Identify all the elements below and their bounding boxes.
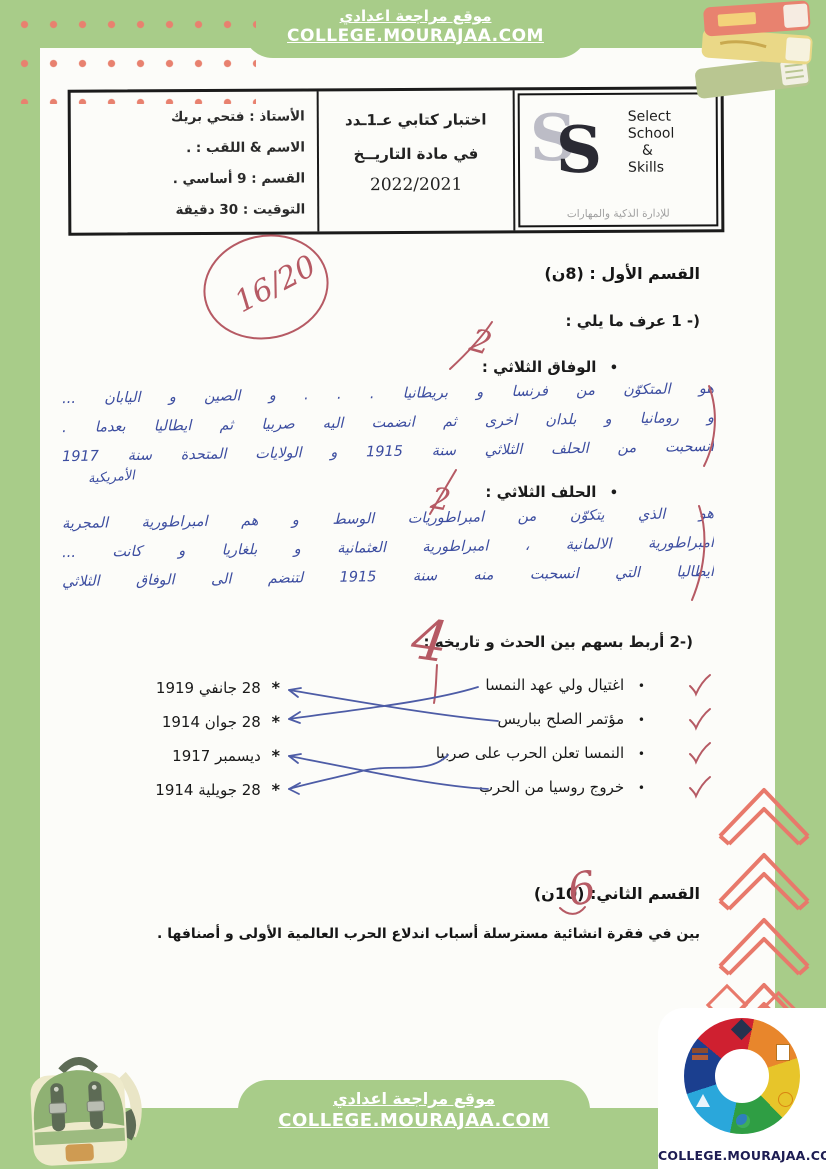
site-domain: COLLEGE.MOURAJAA.COM	[238, 1110, 590, 1131]
school-year: 2022/2021	[319, 174, 513, 195]
event-item: • اغتيال ولي عهد النمسا	[485, 676, 645, 694]
top-banner: موقع مراجعة اعدادي COLLEGE.MOURAJAA.COM	[243, 0, 588, 58]
corner-logo-box: COLLEGE.MOURAJAA.COM	[658, 1008, 826, 1169]
site-name-arabic: موقع مراجعة اعدادي	[238, 1089, 590, 1108]
student-name-line: الاسم & اللقب : .	[71, 132, 305, 164]
bullet-icon: •	[638, 713, 645, 727]
question2-label: 2-) أربط بسهم بين الحدث و تاريخه :	[424, 633, 693, 651]
asterisk-marker: *	[272, 712, 280, 731]
term-hilf: • الحلف الثلاثي :	[485, 483, 618, 501]
question1-label: 1 -) عرف ما يلي :	[565, 312, 700, 330]
exam-header-table: الأستاذ : فتحي بريك الاسم & اللقب : . ال…	[68, 86, 725, 235]
term-vofaq: • الوفاق الثلاثي :	[482, 358, 618, 376]
exam-title-line2: في مادة التاريــخ	[319, 136, 513, 171]
duration-line: التوقيت : 30 دقيقة	[71, 194, 305, 226]
chevron-up-icon	[720, 855, 808, 909]
polka-dots-pattern	[0, 0, 256, 104]
ss-logo-monogram-front: S	[556, 113, 603, 188]
exam-title-cell: اختبار كتابي عـ1ـدد في مادة التاريــخ 20…	[319, 90, 516, 231]
school-logo-frame: S S Select School & Skills للإدارة الذكي…	[518, 92, 719, 227]
chevron-up-icon	[720, 790, 808, 844]
books-stack-illustration	[686, 0, 826, 102]
site-name-arabic: موقع مراجعة اعدادي	[243, 7, 588, 25]
section1-title: القسم الأول : (8ن)	[544, 264, 700, 283]
bullet-icon: •	[638, 679, 645, 693]
bullet-icon: •	[610, 361, 618, 376]
atom-icon	[778, 1092, 793, 1107]
corner-logo-text: COLLEGE.MOURAJAA.COM	[658, 1148, 826, 1163]
exam-info-cell: الأستاذ : فتحي بريك الاسم & اللقب : . ال…	[71, 91, 320, 232]
asterisk-marker: *	[272, 678, 280, 697]
date-item: * 28 جوان 1914	[128, 712, 280, 731]
backpack-illustration	[6, 1036, 156, 1169]
globe-icon	[736, 1114, 750, 1128]
bottom-banner: موقع مراجعة اعدادي COLLEGE.MOURAJAA.COM	[238, 1080, 590, 1169]
teacher-line: الأستاذ : فتحي بريك	[71, 101, 305, 133]
books-icon	[692, 1048, 708, 1053]
scanned-exam-page: موقع مراجعة اعدادي COLLEGE.MOURAJAA.COM …	[0, 0, 826, 1169]
bullet-icon: •	[638, 747, 645, 761]
date-item: * ديسمبر 1917	[128, 746, 280, 765]
subjects-ring-logo	[684, 1018, 800, 1134]
graduation-cap-icon	[731, 1019, 752, 1040]
bullet-icon: •	[638, 781, 645, 795]
asterisk-marker: *	[272, 780, 280, 799]
exam-title-line1: اختبار كتابي عـ1ـدد	[319, 102, 513, 137]
date-item: * 28 جانفي 1919	[128, 678, 280, 697]
school-logo-caption: للإدارة الذكية والمهارات	[520, 207, 716, 220]
site-domain: COLLEGE.MOURAJAA.COM	[243, 26, 588, 46]
event-item: • خروج روسيا من الحرب	[479, 778, 645, 796]
section2-prompt: بين في فقرة انشائية مسترسلة أسباب اندلاع…	[124, 926, 700, 942]
event-item: • النمسا تعلن الحرب على صربيا	[436, 744, 645, 762]
date-item: * 28 جويلية 1914	[128, 780, 280, 799]
chevron-up-icon	[720, 920, 808, 974]
school-logo-cell: S S Select School & Skills للإدارة الذكي…	[515, 89, 722, 230]
section2-title: القسم الثاني: (10ن)	[534, 884, 700, 903]
flask-icon	[696, 1094, 710, 1107]
asterisk-marker: *	[272, 746, 280, 765]
event-item: • مؤتمر الصلح بباريس	[497, 710, 645, 728]
bullet-icon: •	[610, 486, 618, 501]
class-line: القسم : 9 أساسي .	[71, 163, 305, 195]
school-logo-name: Select School & Skills	[628, 109, 675, 177]
notepad-pencil-icon	[776, 1044, 790, 1061]
